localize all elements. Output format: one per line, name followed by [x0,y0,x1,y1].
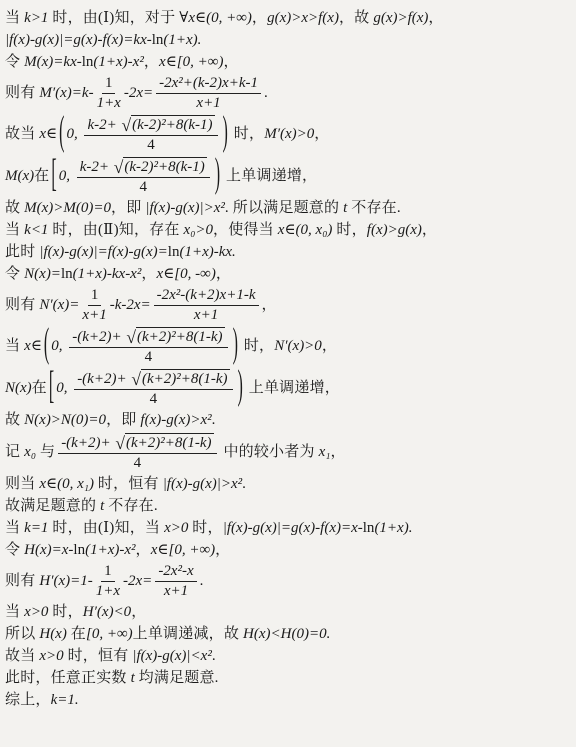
sqrt-radicand: (k-2)²+8(k-1) [131,115,214,134]
text-run: ， [322,337,337,356]
text-line: N(x)在[0, -(k+2)+ √(k+2)²+8(1-k)4) 上单调递增， [5,367,572,409]
text-run: -2x= [123,572,152,591]
text-run: 令 [5,265,24,284]
text-run: 当 [5,9,24,28]
text-run: x+1 [194,307,218,324]
big-paren: ( [44,326,49,367]
text-run: N(x)>N(0)=0 [24,411,106,430]
text-run: . [212,647,216,666]
text-line: 则有 N′(x)=1x+1-k-2x=-2x²-(k+2)x+1-kx+1， [5,285,572,325]
text-run: ， [215,541,230,560]
text-run: ， [314,125,329,144]
text-run: |f(x)-g(x)|>x² [163,475,242,494]
sqrt-radicand: (k+2)²+8(1-k) [141,369,230,388]
fraction: 1x+1 [82,287,106,323]
text-run: x∈[0, +∞) [151,541,215,560]
text-run: H(x) [39,625,66,644]
text-run: k>1 [24,9,48,28]
text-run: [0, +∞) [86,625,133,644]
fraction-numerator: 1 [102,75,116,94]
text-run: 1 [91,287,99,304]
text-run: ln [168,243,180,262]
fraction-numerator: -2x²+(k-2)x+k-1 [156,75,261,94]
text-run: 当 [5,519,24,538]
fraction: -2x²-xx+1 [155,563,196,599]
fraction-denominator: x+1 [82,306,106,324]
text-run: ， [136,541,151,560]
text-run: H′(x)<0 [83,603,131,622]
text-run: f(x)-g(x)>x² [140,411,211,430]
scanned-math-document: 当 k>1 时，由(Ⅰ)知，对于 ∀x∈(0, +∞)，g(x)>x>f(x)，… [0,0,576,747]
text-run: -2x²+(k-2)x+k-1 [159,75,258,92]
fraction-denominator: 4 [139,178,147,196]
text-run: N′(x)= [39,296,79,315]
text-run: 上单调递增， [245,379,340,398]
text-run: ， [144,53,159,72]
text-run: x>0 [24,603,48,622]
fraction-numerator: -(k+2)+ √(k+2)²+8(1-k) [69,327,227,348]
text-run: f(x)>g(x) [367,221,422,240]
text-run: 4 [150,391,158,408]
sqrt-radical: √(k+2)²+8(1-k) [115,433,213,452]
text-run: (1+x)-x² [85,541,135,560]
text-run: 时，由(Ⅰ)知，当 [48,519,164,538]
text-run: ln [61,265,73,284]
text-run: 故 [5,411,24,430]
text-run: 时，恒有 [64,647,133,666]
fraction: -(k+2)+ √(k+2)²+8(1-k)4 [74,369,232,407]
text-line: 令 H(x)=x-ln(1+x)-x²，x∈[0, +∞)， [5,539,572,561]
text-line: 综上，k=1. [5,689,572,711]
text-run: 与 [36,443,55,462]
text-run: 综上， [5,691,51,710]
text-run: |f(x)-g(x)|>x² [145,199,224,218]
text-run: M(x)>M(0)=0 [24,199,111,218]
fraction: -(k+2)+ √(k+2)²+8(1-k)4 [58,433,216,471]
text-run: (1+x). [374,519,412,538]
text-run: x₁ [319,443,331,462]
text-run: g(x)>x>f(x) [267,9,339,28]
fraction-denominator: 4 [150,390,158,408]
text-run: (1+x). [163,31,201,50]
text-run: 1+x [96,583,120,600]
fraction-numerator: -2x²-x [155,563,196,582]
big-paren: ) [233,326,238,367]
fraction-numerator: k-2+ √(k-2)²+8(k-1) [77,157,210,178]
sqrt-radical: √(k-2)²+8(k-1) [114,157,207,176]
text-run: (1+x)-x² [93,53,143,72]
text-run: H(x)=x- [24,541,73,560]
text-run: |f(x)-g(x)|=g(x)-f(x)=kx- [5,31,152,50]
text-run: |f(x)-g(x)|<x² [132,647,211,666]
text-run: x∈ [24,337,42,356]
text-line: 则有 M′(x)=k-11+x-2x=-2x²+(k-2)x+k-1x+1. [5,73,572,113]
text-run: N′(x)>0 [274,337,322,356]
text-run: 1+x [97,95,121,112]
text-run: 时， [188,519,222,538]
text-line: 故 N(x)>N(0)=0，即 f(x)-g(x)>x². [5,409,572,431]
text-run: ln [152,31,164,50]
sqrt-sign-icon: √ [121,117,131,135]
text-run: 0, [56,379,71,398]
fraction-numerator: 1 [88,287,102,306]
sqrt-radicand: (k-2)²+8(k-1) [123,157,206,176]
text-run: N(x) [5,379,32,398]
text-run: 则有 [5,296,39,315]
text-line: |f(x)-g(x)|=g(x)-f(x)=kx-ln(1+x). [5,29,572,51]
text-run: 时，由(Ⅰ)知，对于 [48,9,179,28]
text-run: (1+x)-kx-x² [73,265,142,284]
text-line: 故当 x∈(0, k-2+ √(k-2)²+8(k-1)4) 时，M′(x)>0… [5,113,572,155]
text-run: 时， [230,125,264,144]
text-line: M(x)在[0, k-2+ √(k-2)²+8(k-1)4) 上单调递增， [5,155,572,197]
fraction-numerator: -(k+2)+ √(k+2)²+8(1-k) [74,369,232,390]
text-run: 记 [5,443,24,462]
text-run: k<1 [24,221,48,240]
text-run: 此时 [5,243,39,262]
text-run: ，即 [111,199,145,218]
sqrt-radical: √(k+2)²+8(1-k) [131,369,229,388]
text-run: M′(x)>0 [264,125,314,144]
text-run: 0, [66,125,81,144]
big-paren: ) [238,368,243,409]
text-run: x₀ [24,443,36,462]
text-line: 则当 x∈(0, x₁) 时，恒有 |f(x)-g(x)|>x². [5,473,572,495]
text-run: 不存在. [104,497,158,516]
text-run: 中的较小者为 [220,443,319,462]
text-run: x>0 [164,519,188,538]
text-line: 当 k>1 时，由(Ⅰ)知，对于 ∀x∈(0, +∞)，g(x)>x>f(x)，… [5,7,572,29]
text-run: 4 [147,137,155,154]
text-run: ， [422,221,437,240]
text-run: . [212,411,216,430]
text-run: g(x)>f(x) [373,9,428,28]
text-run: ln [363,519,375,538]
text-run: 则有 [5,84,39,103]
text-run: x₀>0 [184,221,214,240]
text-run: M(x) [5,167,34,186]
big-paren: ( [59,114,64,155]
text-run: |f(x)-g(x)|=g(x)-f(x)=x- [223,519,363,538]
fraction: k-2+ √(k-2)²+8(k-1)4 [84,115,217,153]
text-run: -(k+2)+ [77,371,130,388]
fraction-denominator: x+1 [196,94,220,112]
text-run: . [264,84,268,103]
text-run: ， [330,443,345,462]
text-line: 此时 |f(x)-g(x)|=f(x)-g(x)=ln(1+x)-kx. [5,241,572,263]
text-line: 故当 x>0 时，恒有 |f(x)-g(x)|<x². [5,645,572,667]
text-run: 上单调递减，故 [133,625,243,644]
text-run: 在 [32,379,47,398]
text-run: x∈[0, +∞) [159,53,223,72]
text-run: 0, [59,167,74,186]
text-run: 时， [48,603,82,622]
text-run: x+1 [196,95,220,112]
text-line: 则有 H′(x)=1-11+x-2x=-2x²-xx+1. [5,561,572,601]
text-run: H(x)<H(0)=0. [243,625,330,644]
text-run: 当 [5,603,24,622]
text-run: ， [216,265,231,284]
text-run: -(k+2)+ [72,329,125,346]
sqrt-radical: √(k-2)²+8(k-1) [121,115,214,134]
text-line: 此时，任意正实数 t 均满足题意. [5,667,572,689]
text-line: 记 x₀ 与-(k+2)+ √(k+2)²+8(1-k)4 中的较小者为 x₁， [5,431,572,473]
text-line: 当 k=1 时，由(Ⅰ)知，当 x>0 时，|f(x)-g(x)|=g(x)-f… [5,517,572,539]
text-line: 当 k<1 时，由(Ⅱ)知，存在 x₀>0，使得当 x∈(0, x₀) 时，f(… [5,219,572,241]
fraction-denominator: 4 [134,454,142,472]
text-run: 故当 [5,647,39,666]
text-run: ln [73,541,85,560]
text-run: 则有 [5,572,39,591]
sqrt-sign-icon: √ [114,159,124,177]
text-run: 当 [5,221,24,240]
text-run: ，使得当 [213,221,278,240]
text-line: 当 x>0 时，H′(x)<0， [5,601,572,623]
fraction-denominator: 1+x [97,94,121,112]
fraction-denominator: x+1 [164,582,188,600]
text-run: -2x²-(k+2)x+1-k [157,287,256,304]
sqrt-radicand: (k+2)²+8(1-k) [125,433,214,452]
text-run: . 所以满足题意的 [225,199,343,218]
sqrt-radical: √(k+2)²+8(1-k) [126,327,224,346]
fraction-denominator: x+1 [194,306,218,324]
fraction-denominator: 4 [145,348,153,366]
text-run: 故 [5,199,24,218]
big-bracket: [ [49,368,54,407]
big-paren: ) [215,156,220,197]
text-line: 令 N(x)=ln(1+x)-kx-x²，x∈[0, -∞)， [5,263,572,285]
text-run: . [200,572,204,591]
fraction-numerator: -(k+2)+ √(k+2)²+8(1-k) [58,433,216,454]
fraction: -2x²+(k-2)x+k-1x+1 [156,75,261,111]
text-run: H′(x)=1- [39,572,92,591]
text-run: 不存在. [347,199,401,218]
text-run: k-2+ [80,159,113,176]
text-run: 故满足题意的 [5,497,100,516]
text-run: 在 [67,625,86,644]
text-run: 1 [105,75,113,92]
text-run: ， [252,9,267,28]
fraction: 11+x [96,563,120,599]
text-run: x>0 [39,647,63,666]
text-run: -(k+2)+ [61,435,114,452]
fraction: 11+x [97,75,121,111]
text-run: ∀x∈(0, +∞) [179,9,252,28]
text-run: x∈(0, x₁) [39,475,94,494]
text-run: . [242,475,246,494]
big-bracket: [ [51,156,56,195]
document-body: 当 k>1 时，由(Ⅰ)知，对于 ∀x∈(0, +∞)，g(x)>x>f(x)，… [5,7,572,711]
text-run: k=1. [51,691,79,710]
text-run: 0, [51,337,66,356]
text-run: ln [82,53,94,72]
sqrt-radicand: (k+2)²+8(1-k) [136,327,225,346]
text-run: 所以 [5,625,39,644]
text-run: 故当 [5,125,39,144]
text-run: k=1 [24,519,48,538]
text-run: -k-2x= [110,296,151,315]
text-run: ， [141,265,156,284]
text-run: M(x)=kx- [24,53,82,72]
text-line: 所以 H(x) 在[0, +∞)上单调递减，故 H(x)<H(0)=0. [5,623,572,645]
text-run: ，故 [339,9,373,28]
text-line: 令 M(x)=kx-ln(1+x)-x²，x∈[0, +∞)， [5,51,572,73]
text-run: 当 [5,337,24,356]
text-run: ， [131,603,146,622]
fraction-numerator: k-2+ √(k-2)²+8(k-1) [84,115,217,136]
text-run: 时， [332,221,366,240]
text-run: 均满足题意. [135,669,219,688]
text-run: 在 [34,167,49,186]
text-run: x+1 [82,307,106,324]
text-run: 此时，任意正实数 [5,669,131,688]
text-run: N(x)= [24,265,61,284]
text-line: 当 x∈(0, -(k+2)+ √(k+2)²+8(1-k)4) 时，N′(x)… [5,325,572,367]
text-run: 4 [139,179,147,196]
text-run: |f(x)-g(x)|=f(x)-g(x)= [39,243,167,262]
text-run: -2x²-x [158,563,193,580]
text-run: k-2+ [87,117,120,134]
text-run: 4 [134,455,142,472]
text-run: -2x= [124,84,153,103]
text-run: 上单调递增， [222,167,317,186]
fraction: -(k+2)+ √(k+2)²+8(1-k)4 [69,327,227,365]
fraction-denominator: 4 [147,136,155,154]
text-run: 时，由(Ⅱ)知，存在 [48,221,183,240]
text-run: ， [428,9,443,28]
big-paren: ) [223,114,228,155]
text-run: 则当 [5,475,39,494]
sqrt-sign-icon: √ [126,329,136,347]
fraction: -2x²-(k+2)x+1-kx+1 [154,287,259,323]
text-run: (1+x)-kx. [179,243,235,262]
text-run: 时，恒有 [94,475,163,494]
fraction-numerator: 1 [101,563,115,582]
text-run: 时， [240,337,274,356]
text-run: 令 [5,541,24,560]
text-run: ，即 [106,411,140,430]
text-run: x∈ [39,125,57,144]
sqrt-sign-icon: √ [131,371,141,389]
text-run: x+1 [164,583,188,600]
text-run: ， [262,296,277,315]
text-run: x∈(0, x₀) [278,221,333,240]
fraction-denominator: 1+x [96,582,120,600]
text-run: 令 [5,53,24,72]
text-line: 故满足题意的 t 不存在. [5,495,572,517]
text-run: M′(x)=k- [39,84,93,103]
sqrt-sign-icon: √ [115,435,125,453]
text-run: 1 [104,563,112,580]
fraction: k-2+ √(k-2)²+8(k-1)4 [77,157,210,195]
fraction-numerator: -2x²-(k+2)x+1-k [154,287,259,306]
text-line: 故 M(x)>M(0)=0，即 |f(x)-g(x)|>x². 所以满足题意的 … [5,197,572,219]
text-run: x∈[0, -∞) [157,265,216,284]
text-run: ， [223,53,238,72]
text-run: 4 [145,349,153,366]
